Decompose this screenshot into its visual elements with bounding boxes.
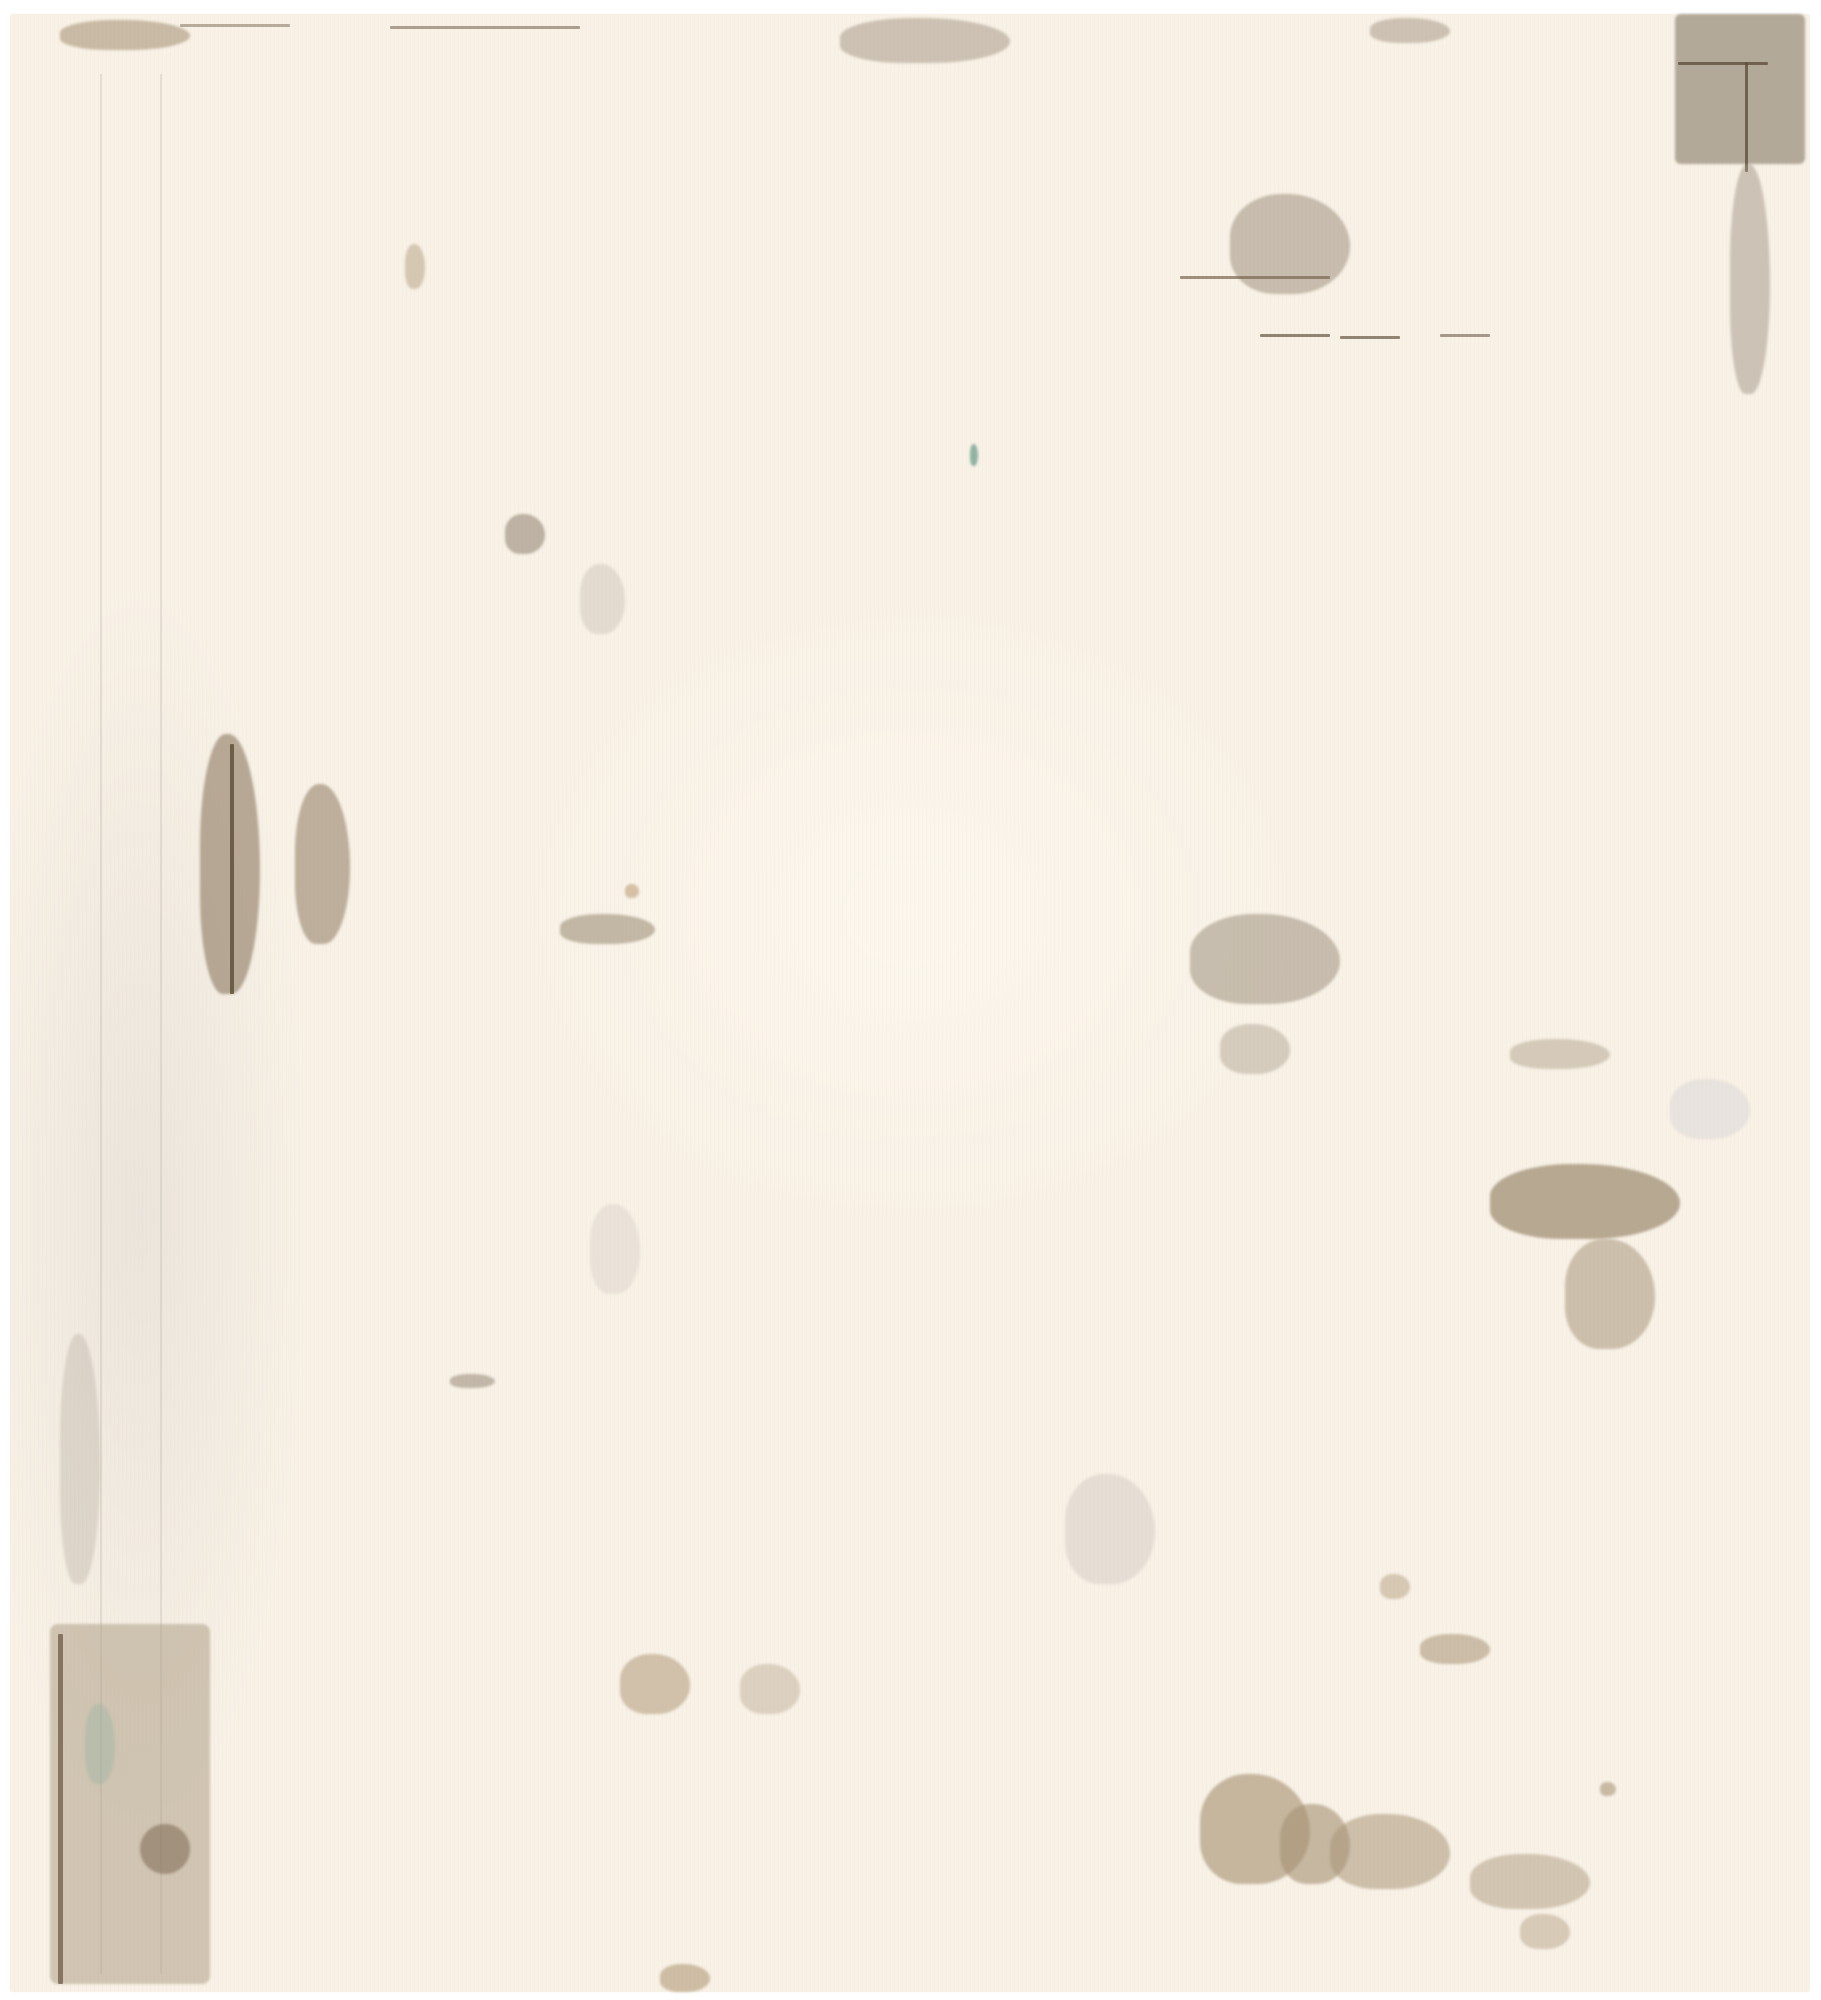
border-fragment-left-2 bbox=[295, 784, 350, 944]
pattern-remnant-upper-right bbox=[1230, 194, 1350, 294]
pattern-remnant-left-mid-2 bbox=[580, 564, 625, 634]
pattern-remnant-top-center bbox=[840, 18, 1010, 63]
pattern-remnant-center-left bbox=[560, 914, 655, 944]
floral-motif-bottom-left bbox=[140, 1824, 190, 1874]
floral-fragment-right bbox=[1490, 1164, 1680, 1239]
pattern-stroke-upper-right-3 bbox=[1340, 336, 1400, 339]
pattern-remnant-right-small bbox=[1510, 1039, 1610, 1069]
pattern-remnant-right-center-2 bbox=[1220, 1024, 1290, 1074]
grey-stain-right bbox=[1670, 1079, 1750, 1139]
pattern-remnant-lower-right-3 bbox=[1600, 1782, 1616, 1796]
pattern-remnant-bottom-edge bbox=[660, 1964, 710, 1992]
pattern-stroke-upper-right-1 bbox=[1180, 276, 1330, 279]
corner-border-line-h bbox=[1678, 62, 1768, 65]
floral-fragment-right-lower bbox=[1565, 1239, 1655, 1349]
border-remnant-left-mid bbox=[60, 1334, 100, 1584]
corner-border-bottom-left bbox=[50, 1624, 210, 1984]
pattern-stroke-top-1 bbox=[180, 24, 290, 27]
pattern-remnant-left-upper bbox=[405, 244, 425, 289]
pattern-stroke-upper-right-2 bbox=[1260, 334, 1330, 337]
teal-mark bbox=[970, 444, 978, 466]
floral-cluster-bottom-right-5 bbox=[1520, 1914, 1570, 1949]
border-fragment-left-1-line bbox=[230, 744, 234, 994]
pattern-remnant-center-left-2 bbox=[625, 884, 639, 898]
pattern-remnant-top-right-small bbox=[1370, 18, 1450, 43]
pattern-remnant-top-left bbox=[60, 20, 190, 50]
corner-border-top-right bbox=[1675, 14, 1805, 164]
pattern-remnant-lower-right-2 bbox=[1380, 1574, 1410, 1599]
pattern-stroke-top-2 bbox=[390, 26, 580, 29]
pattern-remnant-lower-right-1 bbox=[1420, 1634, 1490, 1664]
pattern-remnant-center-small bbox=[450, 1374, 495, 1388]
floral-cluster-bottom-right-4 bbox=[1470, 1854, 1590, 1909]
pattern-remnant-bottom-center-1 bbox=[620, 1654, 690, 1714]
corner-border-bottom-left-line bbox=[58, 1634, 63, 1984]
rug-photo bbox=[10, 14, 1810, 1992]
corner-border-line-v bbox=[1745, 62, 1748, 172]
pattern-remnant-left-mid-1 bbox=[505, 514, 545, 554]
corner-drip-top-right bbox=[1730, 164, 1770, 394]
faint-stain-center-lower bbox=[1065, 1474, 1155, 1584]
floral-cluster-bottom-right-3 bbox=[1330, 1814, 1450, 1889]
pattern-remnant-bottom-center-2 bbox=[740, 1664, 800, 1714]
faint-stain-center bbox=[590, 1204, 640, 1294]
teal-accent-bottom-left bbox=[85, 1704, 115, 1784]
pattern-stroke-upper-right-4 bbox=[1440, 334, 1490, 337]
pattern-remnant-right-center bbox=[1190, 914, 1340, 1004]
